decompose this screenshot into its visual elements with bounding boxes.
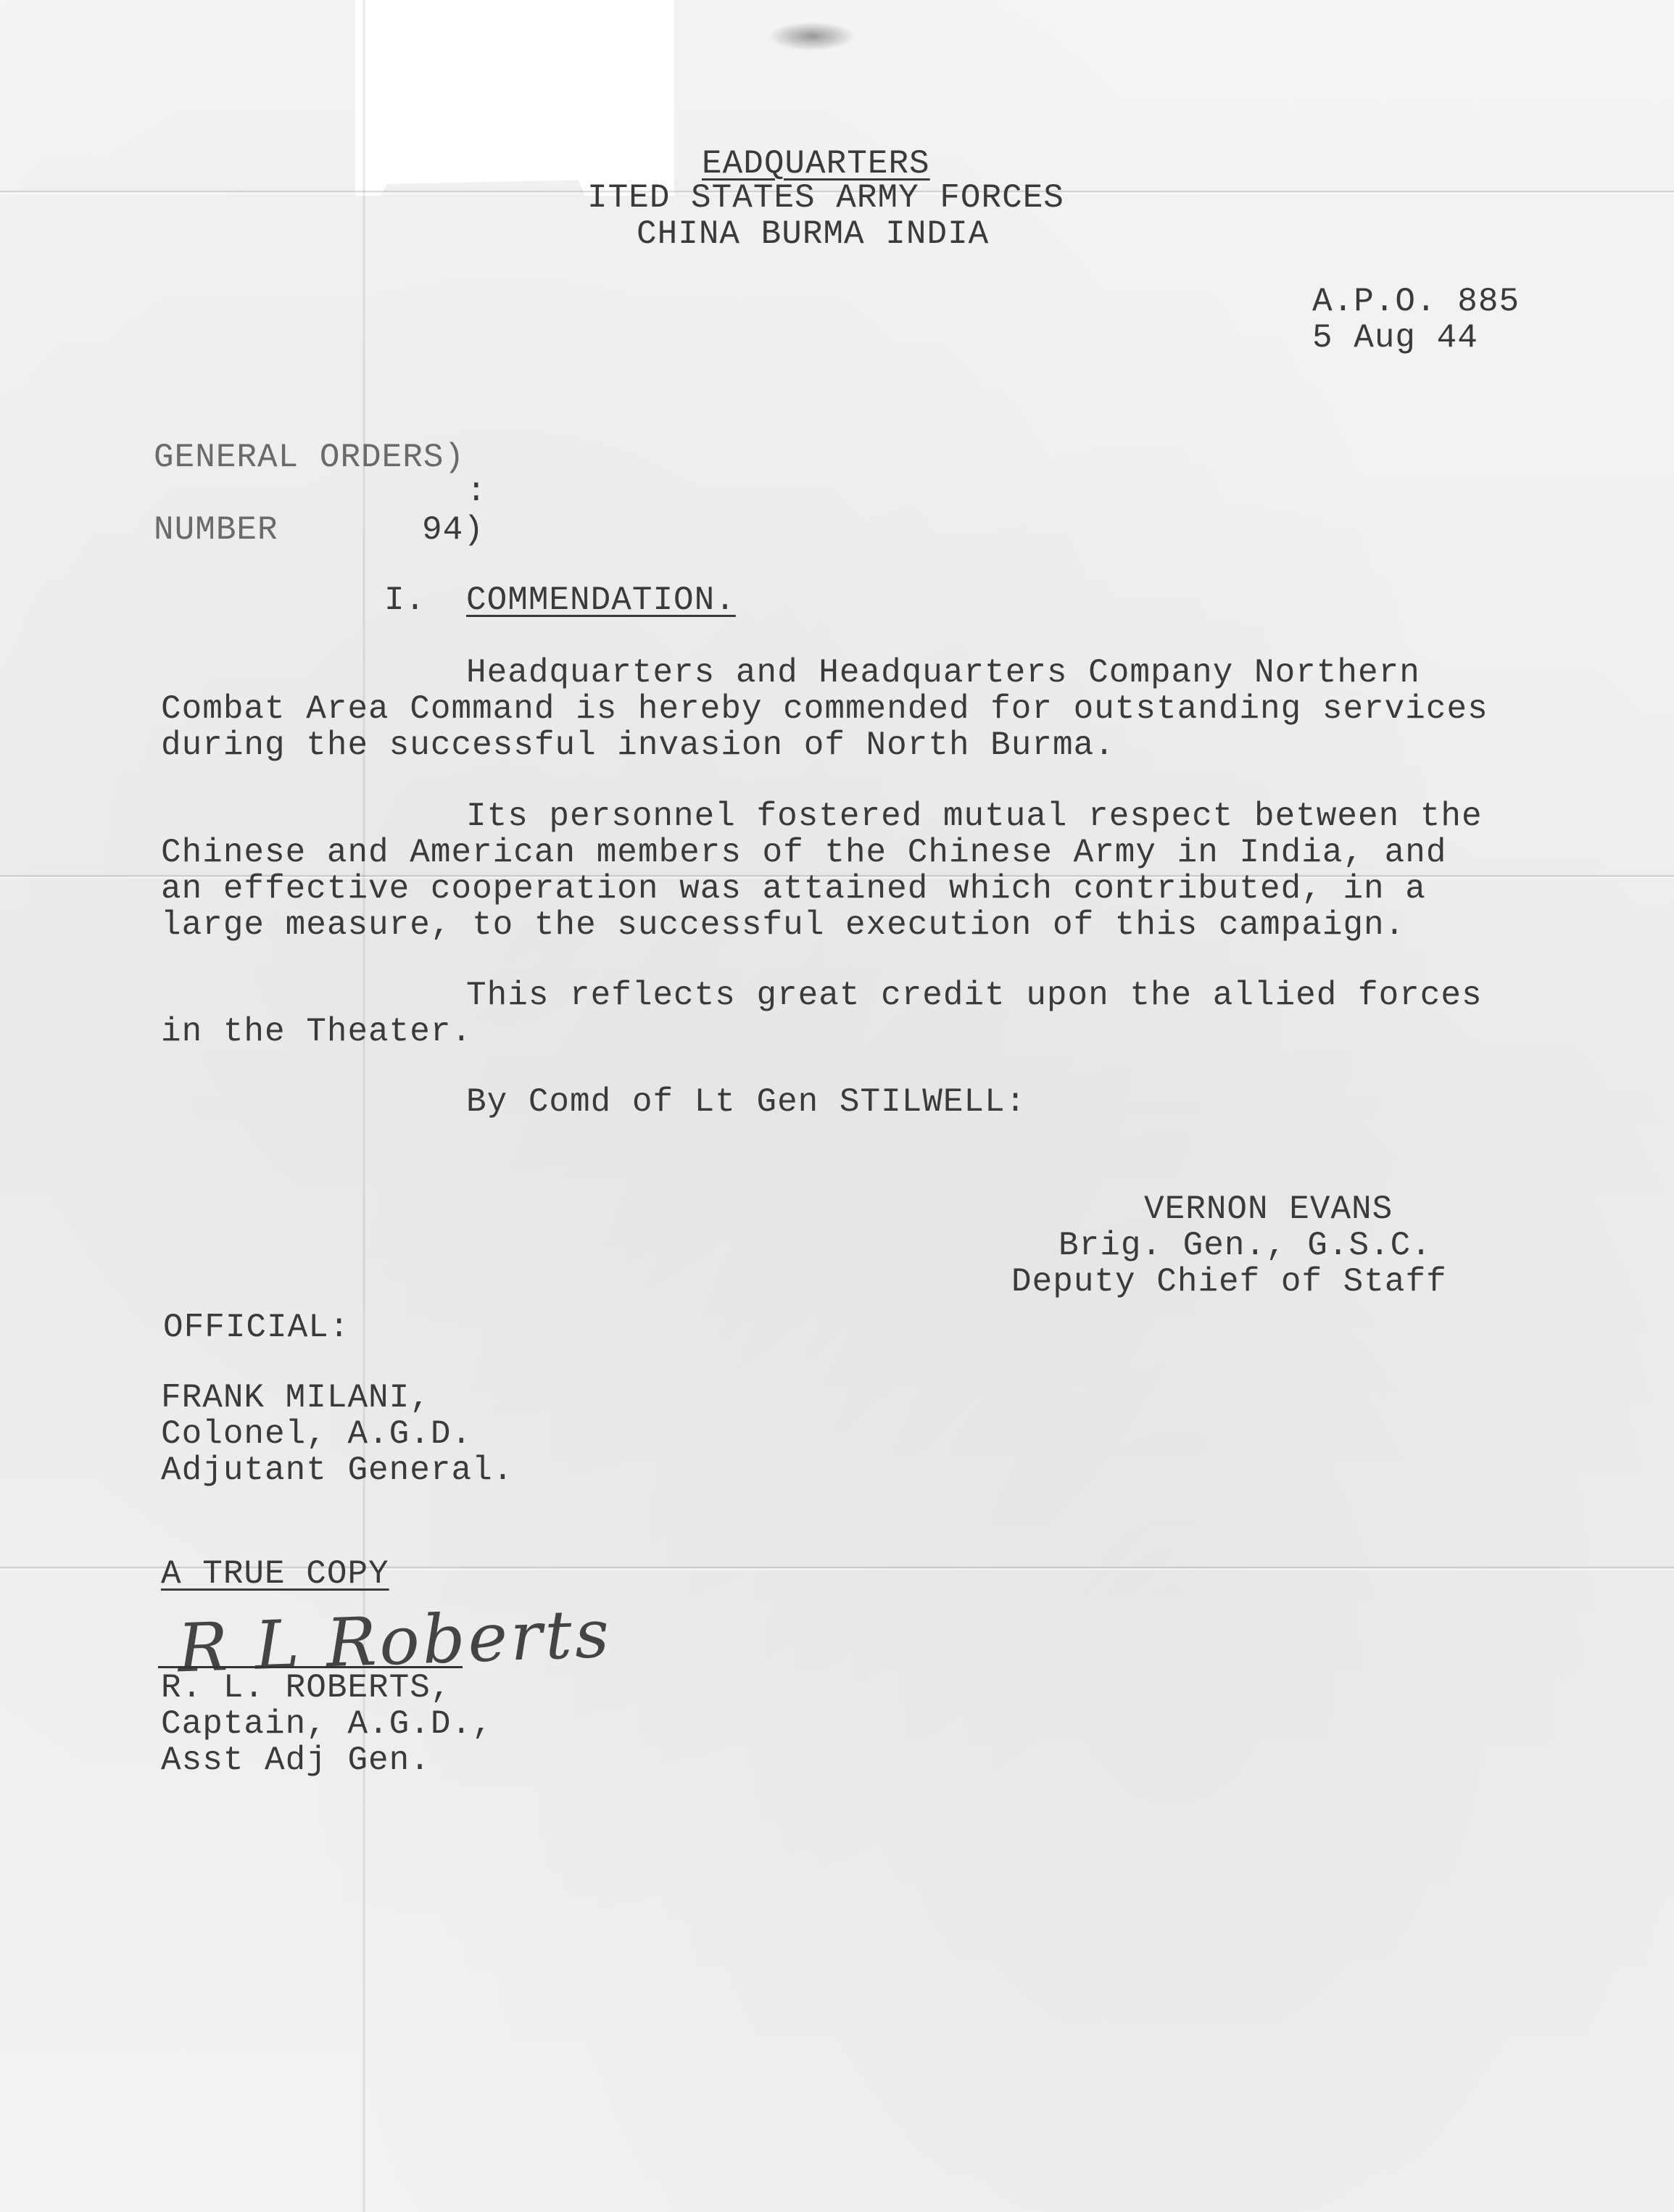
signatory-title: Deputy Chief of Staff bbox=[1011, 1265, 1447, 1298]
orders-colon: : bbox=[466, 475, 487, 508]
official-title: Adjutant General. bbox=[161, 1454, 513, 1487]
ink-smudge bbox=[768, 22, 855, 51]
p1-line-2: Combat Area Command is hereby commended … bbox=[161, 692, 1488, 726]
general-orders-label: GENERAL ORDERS) bbox=[154, 441, 465, 474]
official-rank: Colonel, A.G.D. bbox=[161, 1417, 472, 1451]
p2-line-1: Its personnel fostered mutual respect be… bbox=[466, 800, 1483, 833]
signatory-name: VERNON EVANS bbox=[1144, 1193, 1393, 1226]
signatory-rank: Brig. Gen., G.S.C. bbox=[1058, 1229, 1432, 1262]
official-name: FRANK MILANI, bbox=[161, 1381, 431, 1414]
header-line-1: EADQUARTERS bbox=[702, 147, 930, 181]
official-label: OFFICIAL: bbox=[163, 1311, 349, 1344]
p2-line-2: Chinese and American members of the Chin… bbox=[161, 836, 1446, 869]
p2-line-4: large measure, to the successful executi… bbox=[161, 908, 1405, 942]
apo-number: A.P.O. 885 bbox=[1312, 285, 1520, 318]
section-numeral: I. bbox=[384, 584, 426, 617]
command-line: By Comd of Lt Gen STILWELL: bbox=[466, 1085, 1026, 1119]
p3-line-2: in the Theater. bbox=[161, 1015, 472, 1048]
true-copy-label: A TRUE COPY bbox=[161, 1557, 389, 1591]
header-line-3: CHINA BURMA INDIA bbox=[637, 218, 989, 251]
header-line-2: ITED STATES ARMY FORCES bbox=[587, 181, 1064, 215]
signature-line bbox=[158, 1666, 463, 1668]
order-date: 5 Aug 44 bbox=[1312, 321, 1478, 355]
copy-signer-name: R. L. ROBERTS, bbox=[161, 1671, 451, 1704]
fold-crease-vertical bbox=[362, 0, 365, 2212]
torn-corner bbox=[355, 0, 674, 196]
copy-signer-title: Asst Adj Gen. bbox=[161, 1744, 431, 1777]
order-number: 94) bbox=[422, 513, 484, 547]
p2-line-3: an effective cooperation was attained wh… bbox=[161, 872, 1426, 906]
p3-line-1: This reflects great credit upon the alli… bbox=[466, 979, 1483, 1012]
section-title: COMMENDATION. bbox=[466, 584, 736, 617]
p1-line-3: during the successful invasion of North … bbox=[161, 729, 1115, 762]
p1-line-1: Headquarters and Headquarters Company No… bbox=[466, 656, 1420, 689]
copy-signer-rank: Captain, A.G.D., bbox=[161, 1707, 493, 1741]
number-label: NUMBER bbox=[154, 513, 278, 547]
